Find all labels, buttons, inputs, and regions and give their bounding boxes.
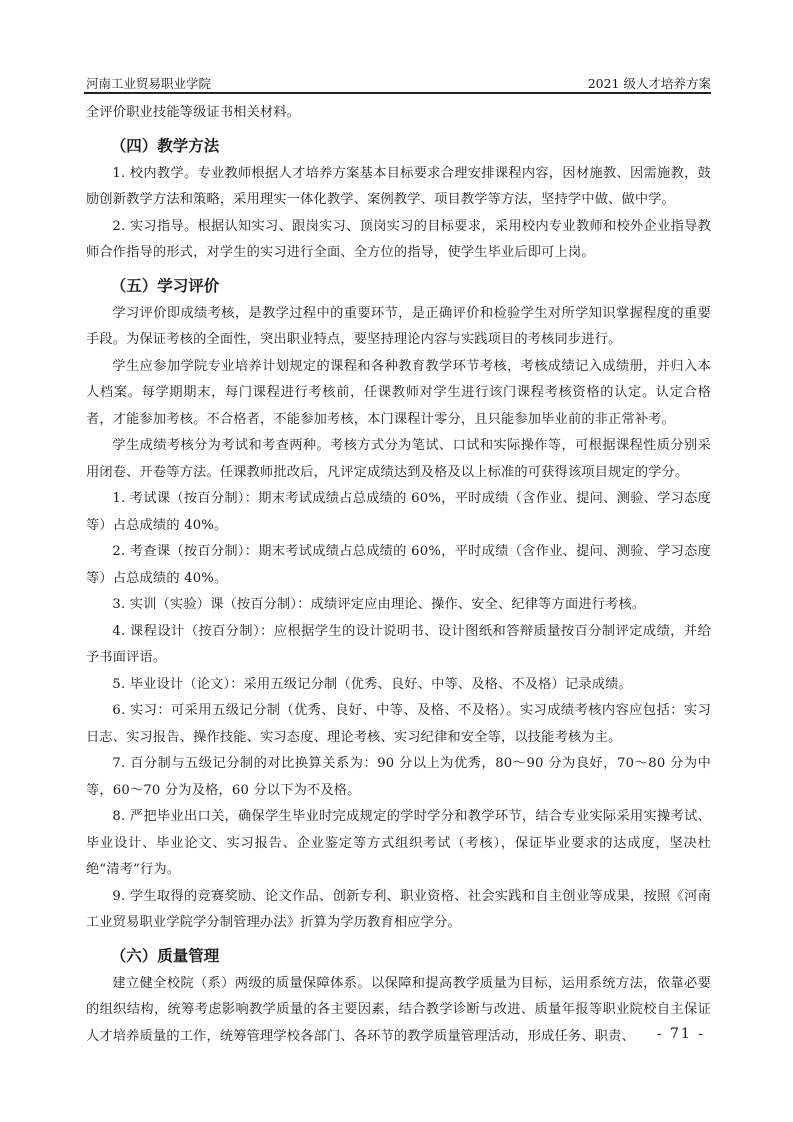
paragraph: 1. 校内教学。专业教师根据人才培养方案基本目标要求合理安排课程内容，因材施教、… (86, 161, 711, 214)
paragraph: 2. 实习指导。根据认知实习、跟岗实习、顶岗实习的目标要求，采用校内专业教师和校… (86, 214, 711, 267)
list-item: 3. 实训（实验）课（按百分制）：成绩评定应由理论、操作、安全、纪律等方面进行考… (86, 592, 711, 619)
page-header: 河南工业贸易职业学院 2021 级人才培养方案 (86, 74, 711, 92)
list-item: 2. 考查课（按百分制）：期末考试成绩占总成绩的 60%，平时成绩（含作业、提问… (86, 539, 711, 592)
header-rule (84, 92, 711, 94)
paragraph: 建立健全校院（系）两级的质量保障体系。以保障和提高教学质量为目标，运用系统方法，… (86, 971, 711, 1051)
section-heading: （五）学习评价 (86, 271, 711, 301)
list-item: 4. 课程设计（按百分制）：应根据学生的设计说明书、设计图纸和答辩质量按百分制评… (86, 619, 711, 672)
section-quality-management: （六）质量管理 建立健全校院（系）两级的质量保障体系。以保障和提高教学质量为目标… (86, 941, 711, 1051)
list-item: 8. 严把毕业出口关，确保学生毕业时完成规定的学时学分和教学环节，结合专业实际采… (86, 804, 711, 884)
list-item: 9. 学生取得的竞赛奖励、论文作品、创新专利、职业资格、社会实践和自主创业等成果… (86, 884, 711, 937)
list-item: 1. 考试课（按百分制）：期末考试成绩占总成绩的 60%，平时成绩（含作业、提问… (86, 486, 711, 539)
section-teaching-methods: （四）教学方法 1. 校内教学。专业教师根据人才培养方案基本目标要求合理安排课程… (86, 131, 711, 267)
section-heading: （六）质量管理 (86, 941, 711, 971)
section-heading: （四）教学方法 (86, 131, 711, 161)
list-item: 7. 百分制与五级记分制的对比换算关系为：90 分以上为优秀，80～90 分为良… (86, 751, 711, 804)
header-institution: 河南工业贸易职业学院 (86, 74, 211, 92)
paragraph: 学生成绩考核分为考试和考查两种。考核方式分为笔试、口试和实际操作等，可根据课程性… (86, 433, 711, 486)
section-learning-evaluation: （五）学习评价 学习评价即成绩考核，是教学过程中的重要环节，是正确评价和检验学生… (86, 271, 711, 937)
list-item: 6. 实习：可采用五级记分制（优秀、良好、中等、及格、不及格）。实习成绩考核内容… (86, 698, 711, 751)
page-body: 全评价职业技能等级证书相关材料。 （四）教学方法 1. 校内教学。专业教师根据人… (86, 100, 711, 1050)
paragraph: 学习评价即成绩考核，是教学过程中的重要环节，是正确评价和检验学生对所学知识掌握程… (86, 301, 711, 354)
header-document-title: 2021 级人才培养方案 (588, 74, 711, 92)
page-number: - 71 - (657, 1026, 705, 1042)
list-item: 5. 毕业设计（论文）：采用五级记分制（优秀、良好、中等、及格、不及格）记录成绩… (86, 672, 711, 699)
continuation-paragraph: 全评价职业技能等级证书相关材料。 (86, 100, 711, 127)
paragraph: 学生应参加学院专业培养计划规定的课程和各种教育教学环节考核，考核成绩记入成绩册，… (86, 354, 711, 434)
